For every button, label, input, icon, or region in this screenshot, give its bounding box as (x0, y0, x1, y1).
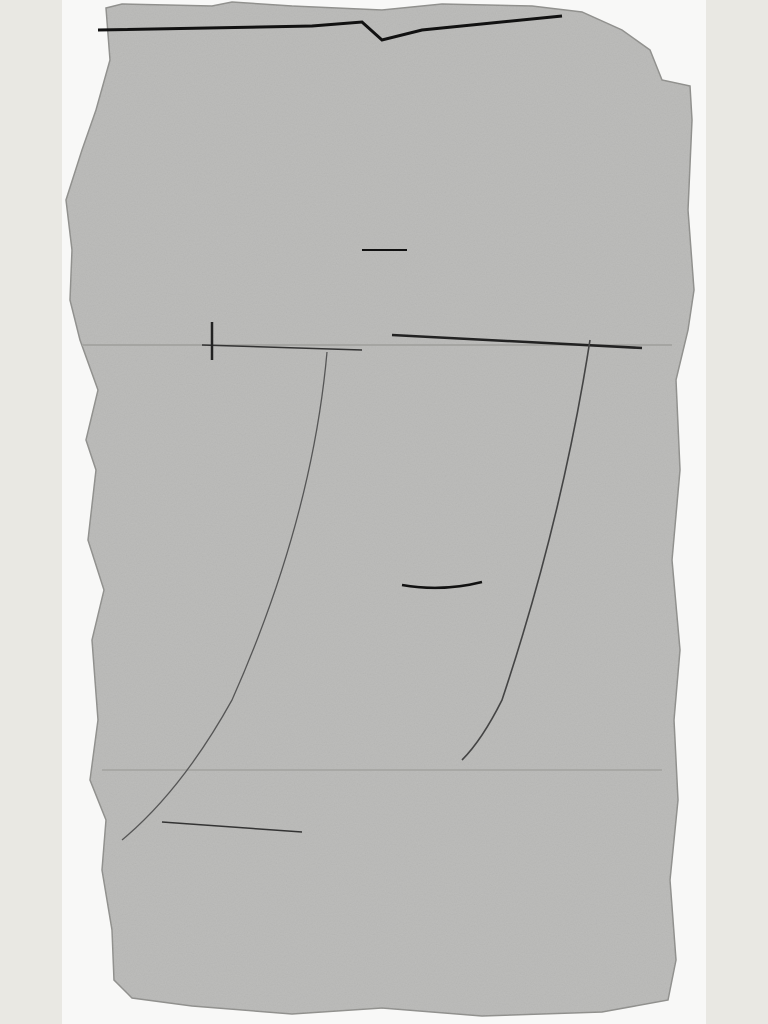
paper-shape (62, 0, 706, 1024)
scan-background: هو الحی بسم الله الرحمن الرحیم تولد نور … (62, 0, 706, 1024)
manuscript-sheet: هو الحی بسم الله الرحمن الرحیم تولد نور … (62, 0, 706, 1024)
